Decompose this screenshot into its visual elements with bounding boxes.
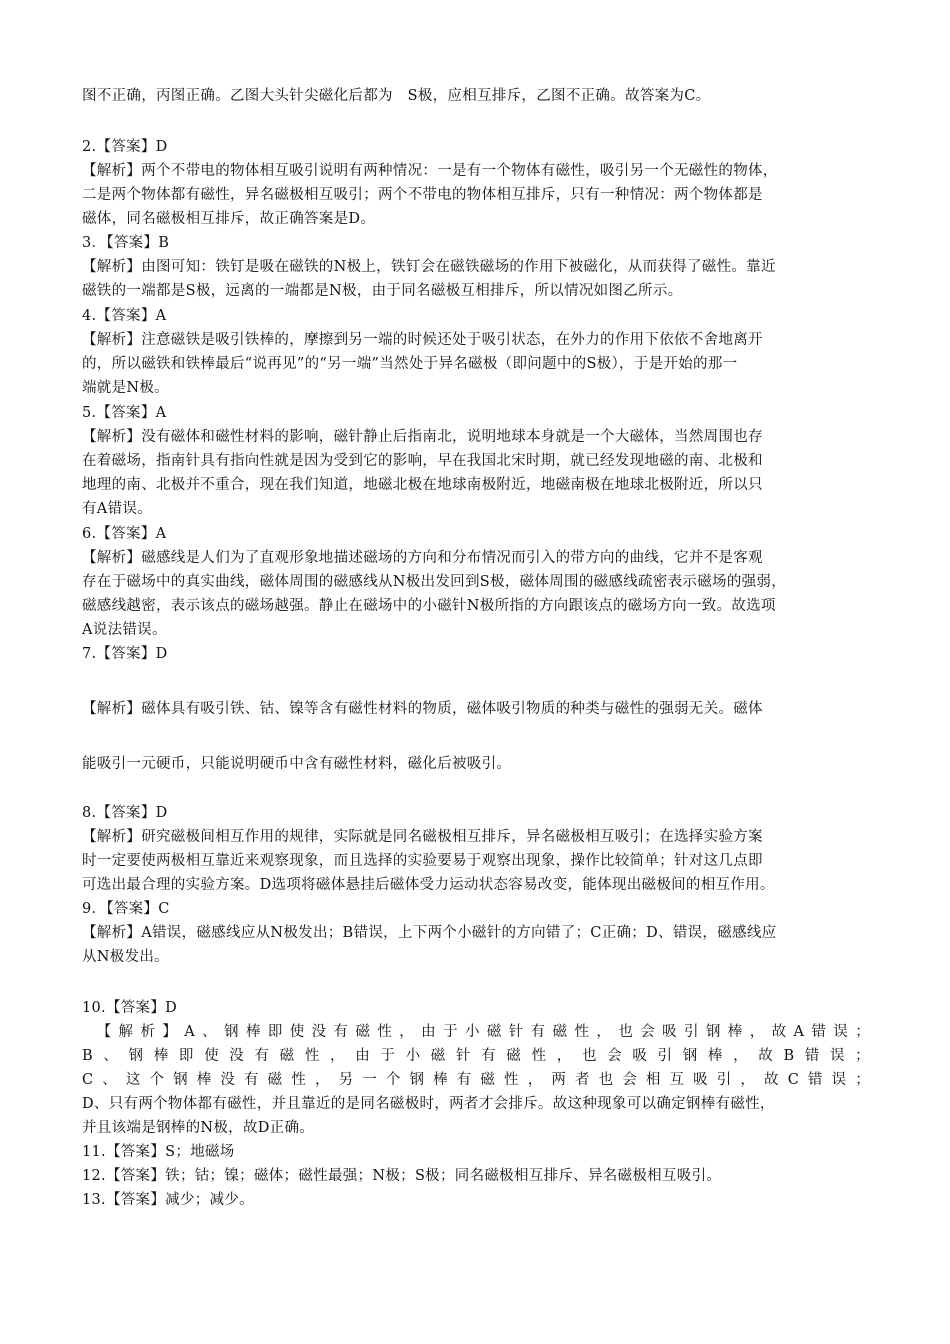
explanation-line: A说法错误。 (82, 620, 167, 640)
explanation-line: 【解析】A、钢棒即使没有磁性，由于小磁针有磁性，也会吸引钢棒，故A错误； (82, 1022, 870, 1042)
explanation-line: 可选出最合理的实验方案。D选项将磁体悬挂后磁体受力运动状态容易改变，能体现出磁极… (82, 875, 775, 895)
explanation-line: 能吸引一元硬币，只能说明硬币中含有磁性材料，磁化后被吸引。 (82, 754, 511, 774)
answer-heading: 6.【答案】A (82, 524, 166, 544)
explanation-line: 存在于磁场中的真实曲线，磁体周围的磁感线从N极出发回到S极，磁体周围的磁感线疏密… (82, 572, 786, 592)
explanation-line: 地理的南、北极并不重合，现在我们知道，地磁北极在地球南极附近，地磁南极在地球北极… (82, 475, 763, 495)
answer-heading: 2.【答案】D (82, 137, 168, 157)
answer-heading: 7.【答案】D (82, 644, 168, 664)
answer-heading: 11.【答案】S；地磁场 (82, 1142, 235, 1162)
explanation-line: 二是两个物体都有磁性，异名磁极相互吸引；两个不带电的物体相互排斥，只有一种情况：… (82, 185, 763, 205)
explanation-line: 从N极发出。 (82, 947, 169, 967)
answer-heading: 3．【答案】B (82, 233, 169, 253)
explanation-line: 【解析】两个不带电的物体相互吸引说明有两种情况：一是有一个物体有磁性，吸引另一个… (82, 161, 778, 181)
explanation-line: 【解析】注意磁铁是吸引铁棒的，摩擦到另一端的时候还处于吸引状态，在外力的作用下依… (82, 330, 763, 350)
explanation-line: 有A错误。 (82, 499, 152, 519)
answer-heading: 9．【答案】C (82, 899, 170, 919)
explanation-line: 【解析】没有磁体和磁性材料的影响，磁针静止后指南北，说明地球本身就是一个大磁体，… (82, 427, 763, 447)
explanation-line: C、这个钢棒没有磁性，另一个钢棒有磁性，两者也会相互吸引，故C错误； (82, 1070, 870, 1090)
explanation-line: 磁体，同名磁极相互排斥，故正确答案是D。 (82, 209, 375, 229)
explanation-line: 磁感线越密，表示该点的磁场越强。静止在磁场中的小磁针N极所指的方向跟该点的磁场方… (82, 596, 776, 616)
explanation-line: 【解析】磁体具有吸引铁、钴、镍等含有磁性材料的物质，磁体吸引物质的种类与磁性的强… (82, 699, 763, 719)
explanation-line: D、只有两个物体都有磁性，并且靠近的是同名磁极时，两者才会排斥。故这种现象可以确… (82, 1094, 775, 1114)
explanation-line: 时一定要使两极相互靠近来观察现象，而且选择的实验要易于观察出现象，操作比较简单；… (82, 851, 763, 871)
explanation-line: 【解析】A错误，磁感线应从N极发出；B错误，上下两个小磁针的方向错了；C正确；D… (82, 923, 776, 943)
explanation-line: 【解析】磁感线是人们为了直观形象地描述磁场的方向和分布情况而引入的带方向的曲线，… (82, 548, 763, 568)
answer-heading: 5.【答案】A (82, 403, 166, 423)
explanation-line: 【解析】研究磁极间相互作用的规律，实际就是同名磁极相互排斥，异名磁极相互吸引；在… (82, 827, 763, 847)
answer-heading: 12.【答案】铁；钴；镍；磁体；磁性最强；N极；S极；同名磁极相互排斥、异名磁极… (82, 1166, 721, 1186)
answer-heading: 13.【答案】减少；减少。 (82, 1190, 254, 1210)
explanation-line: 磁铁的一端都是S极，远离的一端都是N极，由于同名磁极互相排斥，所以情况如图乙所示… (82, 281, 682, 301)
explanation-line: 【解析】由图可知：铁钉是吸在磁铁的N极上，铁钉会在磁铁磁场的作用下被磁化，从而获… (82, 257, 776, 277)
answer-heading: 10.【答案】D (82, 998, 177, 1018)
explanation-line: 端就是N极。 (82, 378, 169, 398)
explanation-line: 在着磁场，指南针具有指向性就是因为受到它的影响，早在我国北宋时期，就已经发现地磁… (82, 451, 763, 471)
answer-heading: 8.【答案】D (82, 803, 168, 823)
explanation-line: 的，所以磁铁和铁棒最后“说再见”的“另一端”当然处于异名磁极（即问题中的S极），… (82, 354, 737, 374)
explanation-line: 并且该端是钢棒的N极，故D正确。 (82, 1118, 314, 1138)
explanation-line: B、钢棒即使没有磁性，由于小磁针有磁性，也会吸引钢棒，故B错误； (82, 1046, 870, 1066)
answer-heading: 4.【答案】A (82, 306, 166, 326)
explanation-line: 图不正确，丙图正确。乙图大头针尖磁化后都为 S极，应相互排斥，乙图不正确。故答案… (82, 86, 710, 106)
